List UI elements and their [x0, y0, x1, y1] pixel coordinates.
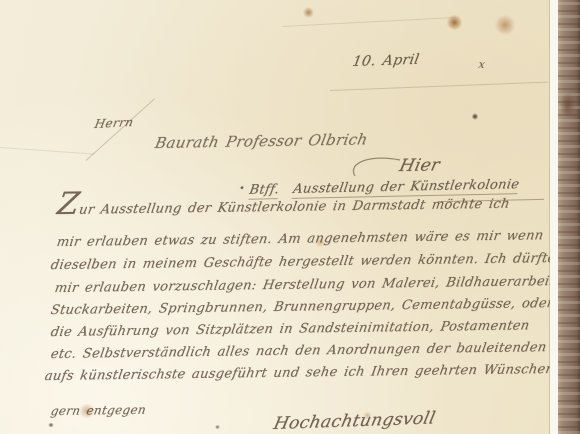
body-line: mir erlauben etwas zu stiften. Am angene… [56, 228, 545, 250]
ink-speck [472, 113, 478, 120]
body-line: Zur Ausstellung der Künstlerkolonie in D… [56, 197, 511, 218]
closing-signature: Hochachtungsvoll [272, 408, 438, 434]
body-line: mir erlauben vorzuschlagen: Herstellung … [54, 274, 578, 296]
body-line: die Ausführung von Sitzplätzen in Sandst… [50, 318, 531, 340]
subject-title: Ausstellung der Künstlerkolonie [292, 177, 521, 199]
foxing-stain [494, 15, 516, 35]
foxing-stain [303, 7, 314, 18]
letter-page: 10. April x Herrn Baurath Professor Olbr… [0, 0, 551, 434]
binding-knot [560, 92, 576, 118]
subject-line: •Btff.Ausstellung der Künstlerkolonie [238, 177, 521, 198]
subject-mark: • [238, 184, 245, 194]
body-line: Stuckarbeiten, Springbrunnen, Brunnengru… [50, 296, 555, 318]
paper-crease [330, 82, 548, 91]
flourish-stroke [344, 156, 402, 178]
binding-edge [558, 0, 580, 434]
letter-date: 10. April [351, 52, 420, 70]
ink-speck [48, 423, 54, 427]
paper-crease [0, 147, 95, 155]
paper-crease [283, 17, 455, 27]
page-edge [549, 0, 558, 434]
recipient-place: Hier [397, 155, 441, 176]
recipient-salutation: Herrn [93, 115, 134, 131]
recipient-addressee: Baurath Professor Olbrich [153, 130, 369, 152]
body-line: etc. Selbstverständlich alles nach den A… [50, 340, 548, 362]
letter-date-mark: x [477, 58, 486, 71]
body-line: dieselben in meinem Geschäfte hergestell… [50, 251, 557, 273]
body-line: gern entgegen [50, 403, 147, 418]
ink-speck [215, 425, 220, 429]
scanned-letter: 10. April x Herrn Baurath Professor Olbr… [0, 0, 580, 434]
body-line: aufs künstlerischste ausgeführt und sehe… [44, 362, 556, 384]
subject-prefix: Btff. [248, 182, 280, 200]
